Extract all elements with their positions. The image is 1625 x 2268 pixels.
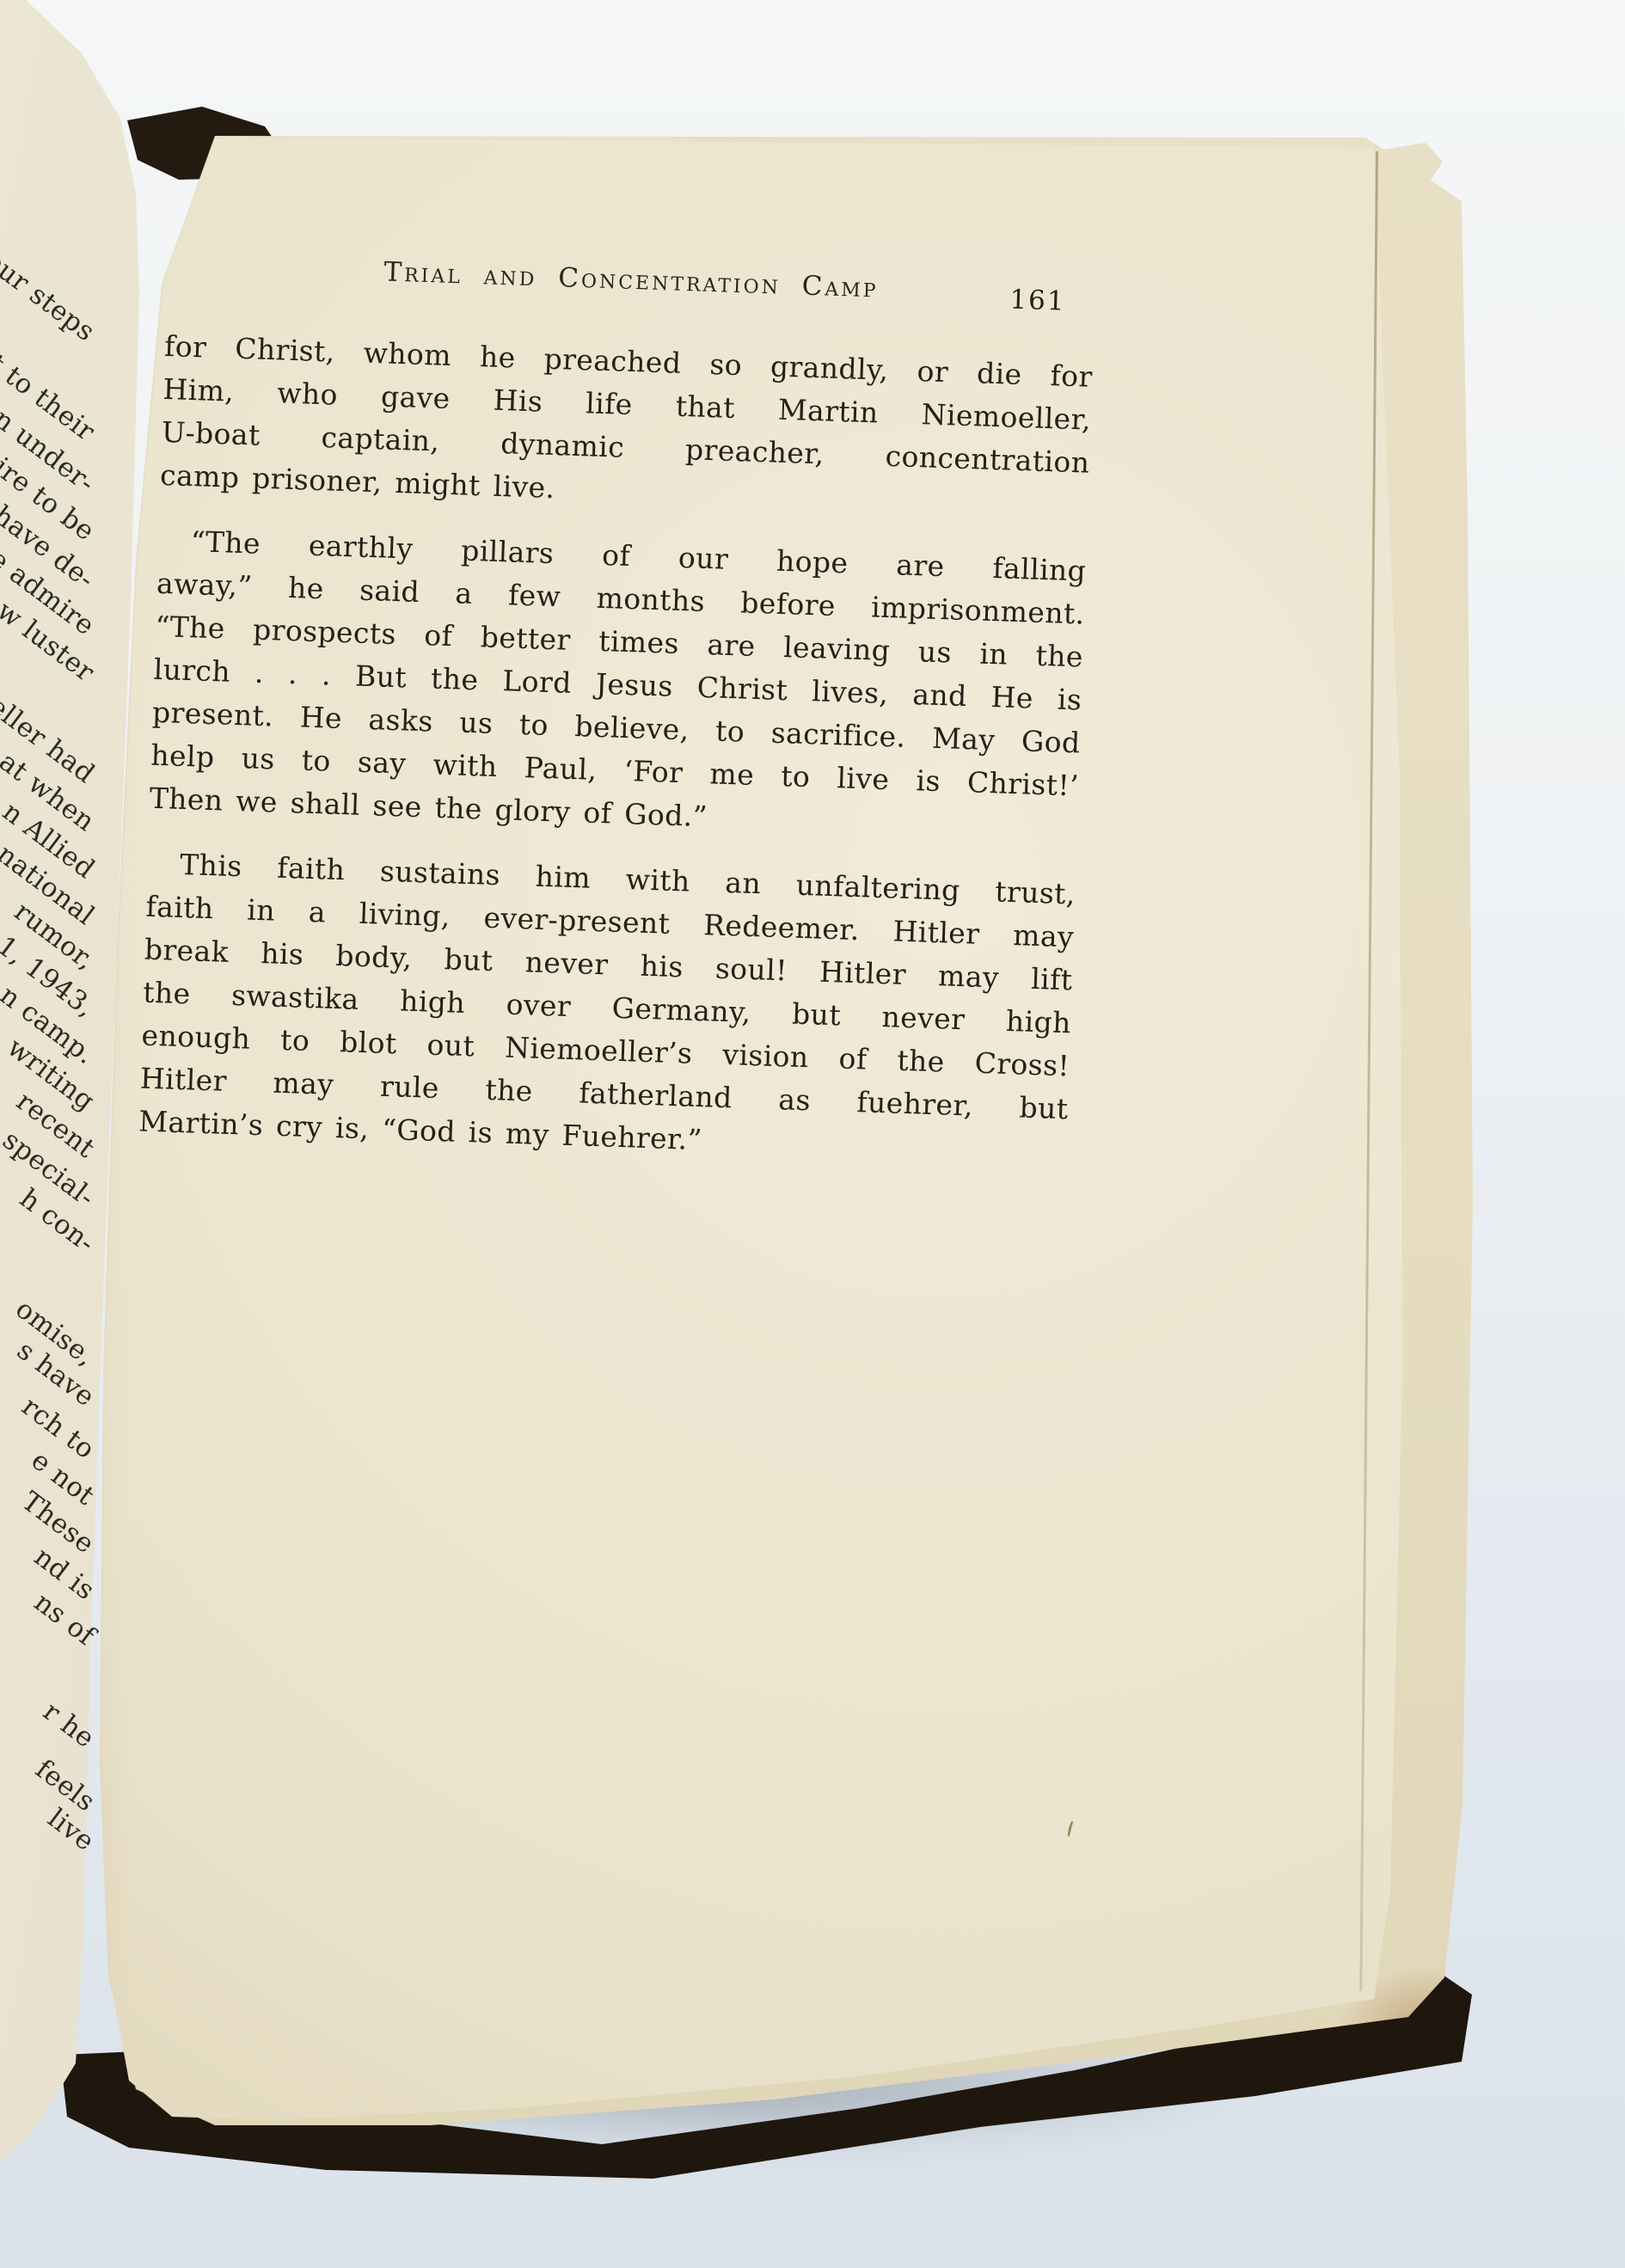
paragraph: This faith sustains him with an unfalter… xyxy=(138,843,1076,1174)
page-number: 161 xyxy=(1009,285,1066,317)
left-page-text-fragments: your stepsnt to theirn under-sire to beh… xyxy=(0,0,96,2268)
body-text-block: for Christ, whom he preached so grandly,… xyxy=(138,325,1094,1174)
left-page-line-fragment: your steps xyxy=(0,236,101,347)
paragraph: for Christ, whom he preached so grandly,… xyxy=(159,325,1093,528)
left-page-line-fragment: r he xyxy=(37,1696,101,1755)
right-page-content: Trial and Concentration Camp 161 for Chr… xyxy=(138,249,1096,1196)
paragraph: “The earthly pillars of our hope are fal… xyxy=(149,519,1087,851)
left-page-line-fragment: live xyxy=(42,1803,101,1857)
left-page-line-fragment: ns of xyxy=(28,1586,101,1652)
book-photo-scene: your stepsnt to theirn under-sire to beh… xyxy=(0,0,1625,2268)
